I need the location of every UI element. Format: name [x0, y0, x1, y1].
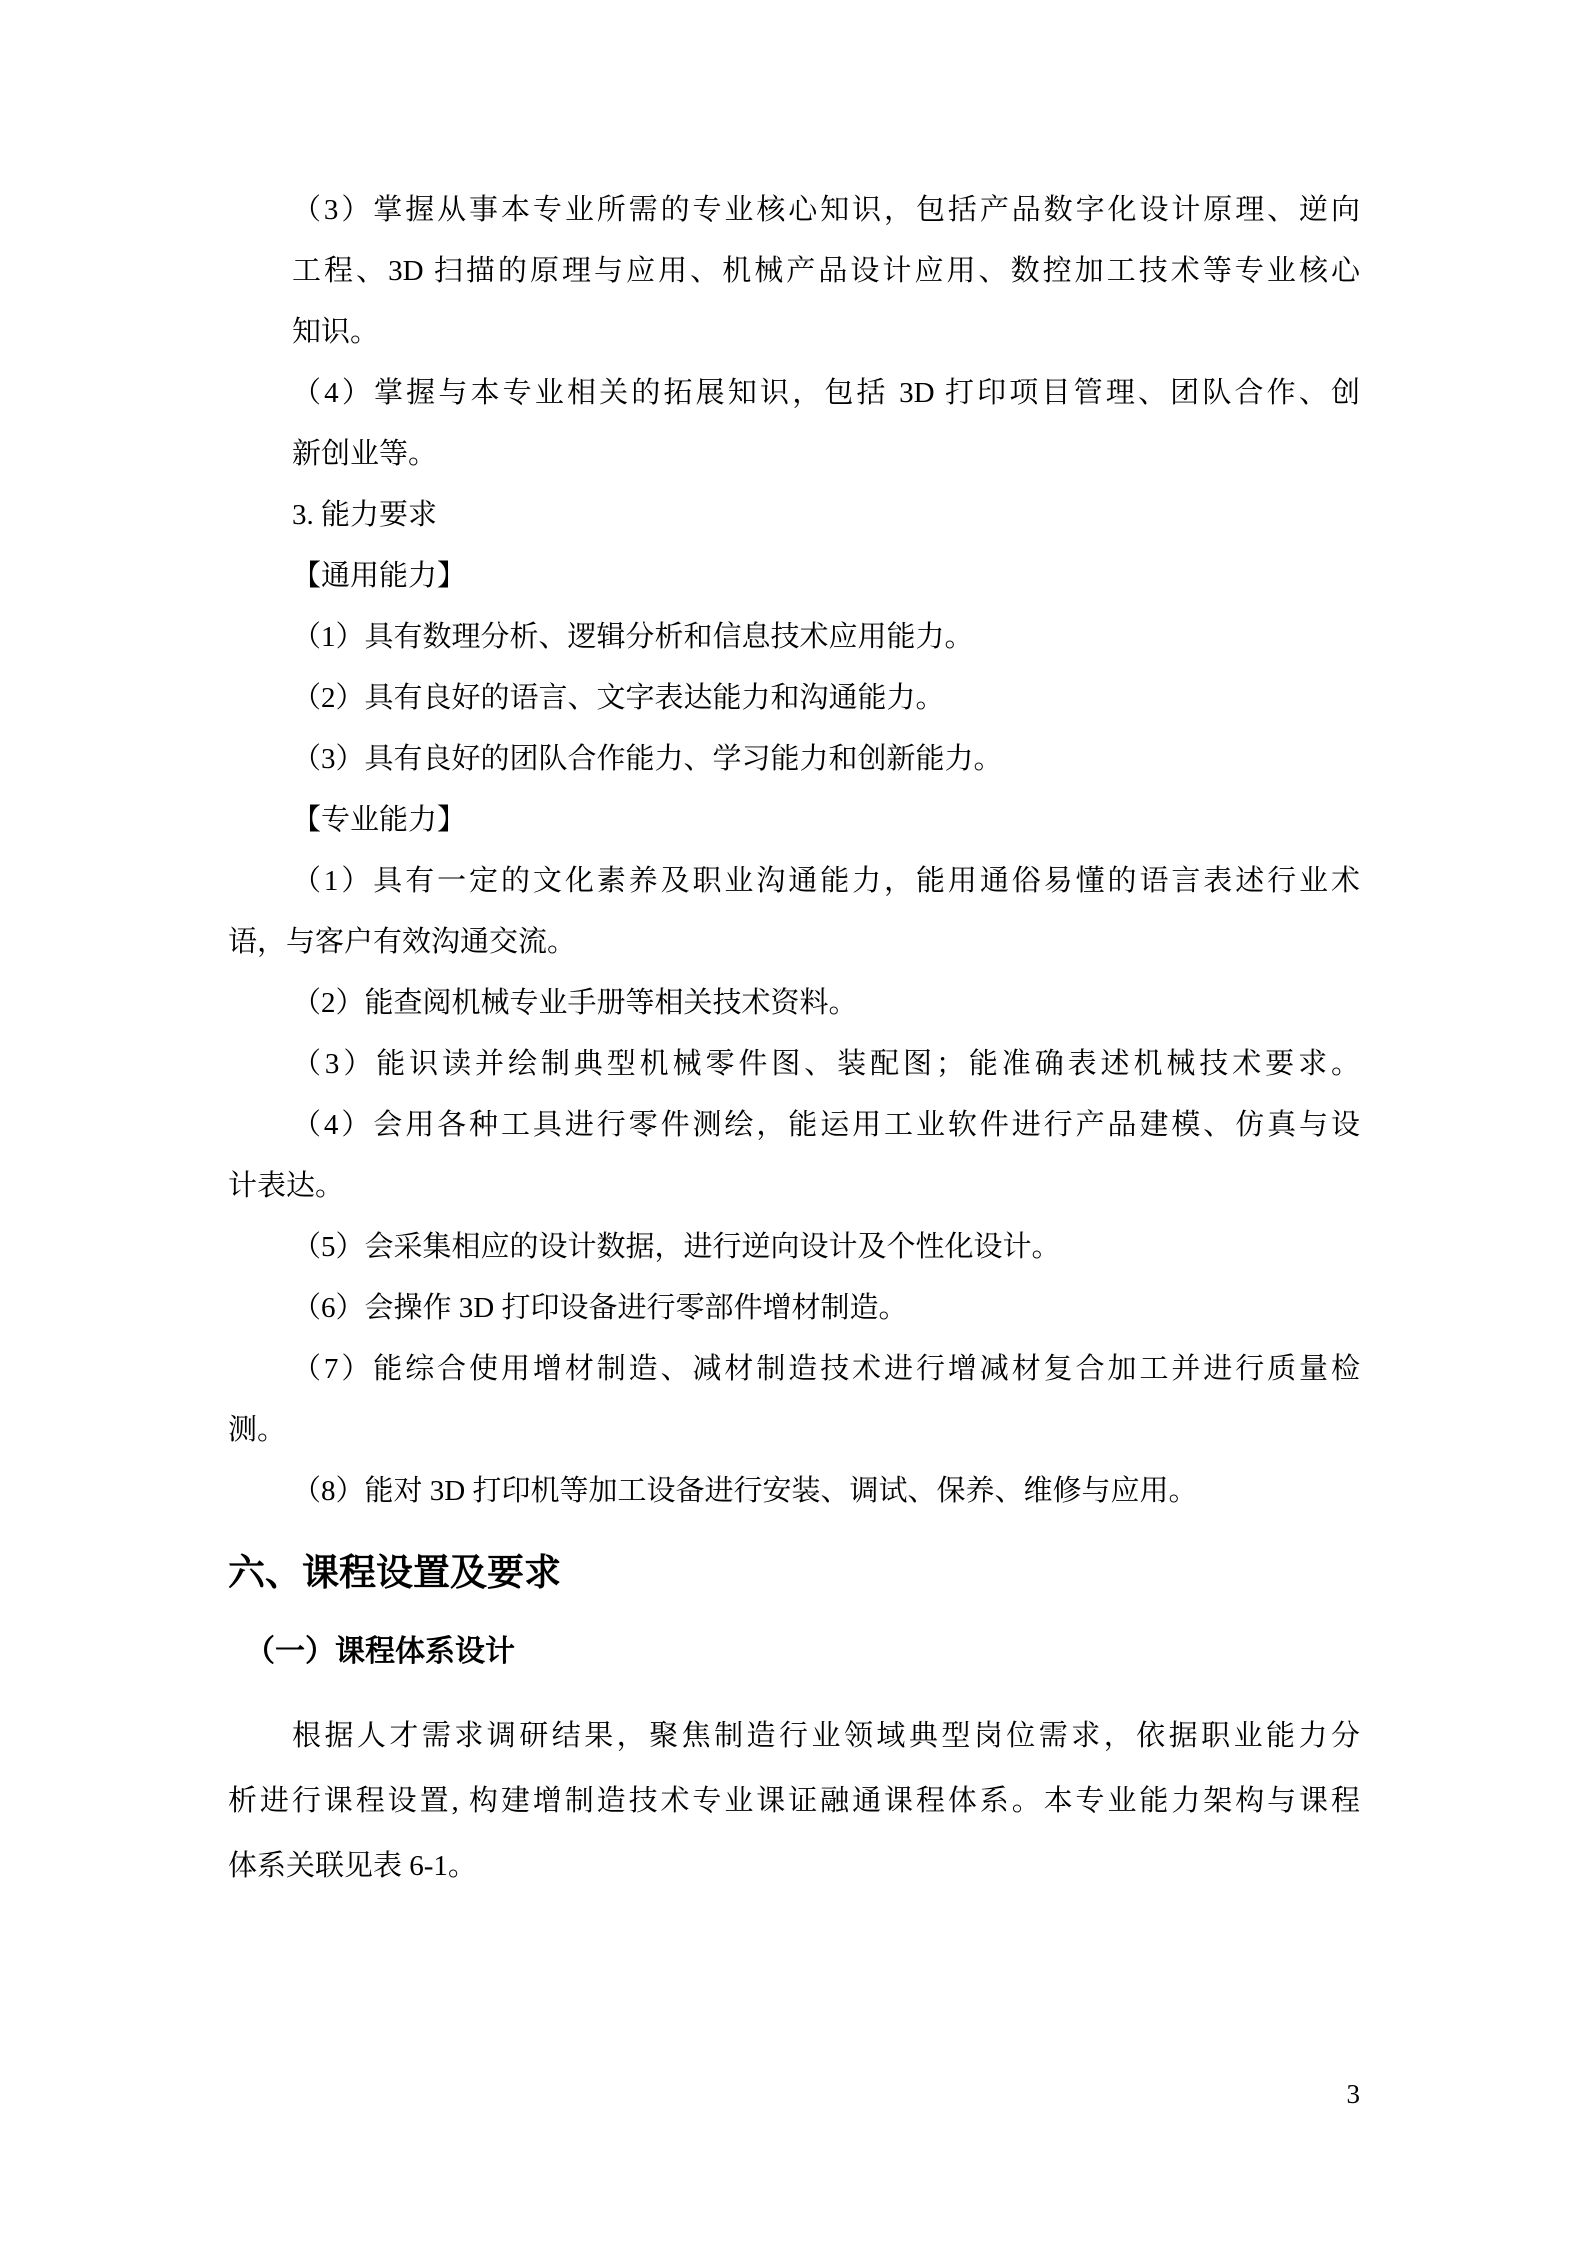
text-line: （2）能查阅机械专业手册等相关技术资料。 — [228, 973, 1360, 1034]
text-line: 根据人才需求调研结果，聚焦制造行业领域典型岗位需求，依据职业能力分 — [228, 1704, 1360, 1769]
text-line: （3）能识读并绘制典型机械零件图、装配图；能准确表述机械技术要求。 — [228, 1034, 1360, 1095]
text-line: 新创业等。 — [228, 424, 1360, 485]
text-line: 语，与客户有效沟通交流。 — [228, 912, 1360, 973]
sub-heading: （一）课程体系设计 — [245, 1631, 1360, 1673]
text-line: 【专业能力】 — [228, 790, 1360, 851]
text-line: （1）具有数理分析、逻辑分析和信息技术应用能力。 — [228, 607, 1360, 668]
text-line: （2）具有良好的语言、文字表达能力和沟通能力。 — [228, 668, 1360, 729]
body-text-block: （3）掌握从事本专业所需的专业核心知识，包括产品数字化设计原理、逆向工程、3D … — [228, 180, 1360, 1522]
text-line: （3）具有良好的团队合作能力、学习能力和创新能力。 — [228, 729, 1360, 790]
text-line: 体系关联见表 6-1。 — [228, 1834, 1360, 1899]
text-line: （4）掌握与本专业相关的拓展知识，包括 3D 打印项目管理、团队合作、创 — [228, 363, 1360, 424]
text-line: 工程、3D 扫描的原理与应用、机械产品设计应用、数控加工技术等专业核心 — [228, 241, 1360, 302]
text-line: 3. 能力要求 — [228, 485, 1360, 546]
text-line: （5）会采集相应的设计数据，进行逆向设计及个性化设计。 — [228, 1217, 1360, 1278]
page-number: 3 — [228, 2078, 1360, 2110]
text-line: 测。 — [228, 1400, 1360, 1461]
document-page: （3）掌握从事本专业所需的专业核心知识，包括产品数字化设计原理、逆向工程、3D … — [0, 0, 1587, 2245]
text-line: （6）会操作 3D 打印设备进行零部件增材制造。 — [228, 1278, 1360, 1339]
text-line: 【通用能力】 — [228, 546, 1360, 607]
text-line: （7）能综合使用增材制造、减材制造技术进行增减材复合加工并进行质量检 — [228, 1339, 1360, 1400]
text-line: 知识。 — [228, 302, 1360, 363]
text-line: （1）具有一定的文化素养及职业沟通能力，能用通俗易懂的语言表述行业术 — [228, 851, 1360, 912]
text-line: （3）掌握从事本专业所需的专业核心知识，包括产品数字化设计原理、逆向 — [228, 180, 1360, 241]
section-heading: 六、课程设置及要求 — [228, 1550, 1360, 1596]
text-line: （8）能对 3D 打印机等加工设备进行安装、调试、保养、维修与应用。 — [228, 1461, 1360, 1522]
text-line: 计表达。 — [228, 1156, 1360, 1217]
page-content: （3）掌握从事本专业所需的专业核心知识，包括产品数字化设计原理、逆向工程、3D … — [228, 180, 1360, 1899]
text-line: 析进行课程设置, 构建增制造技术专业课证融通课程体系。本专业能力架构与课程 — [228, 1769, 1360, 1834]
text-line: （4）会用各种工具进行零件测绘，能运用工业软件进行产品建模、仿真与设 — [228, 1095, 1360, 1156]
closing-paragraph: 根据人才需求调研结果，聚焦制造行业领域典型岗位需求，依据职业能力分析进行课程设置… — [228, 1704, 1360, 1899]
